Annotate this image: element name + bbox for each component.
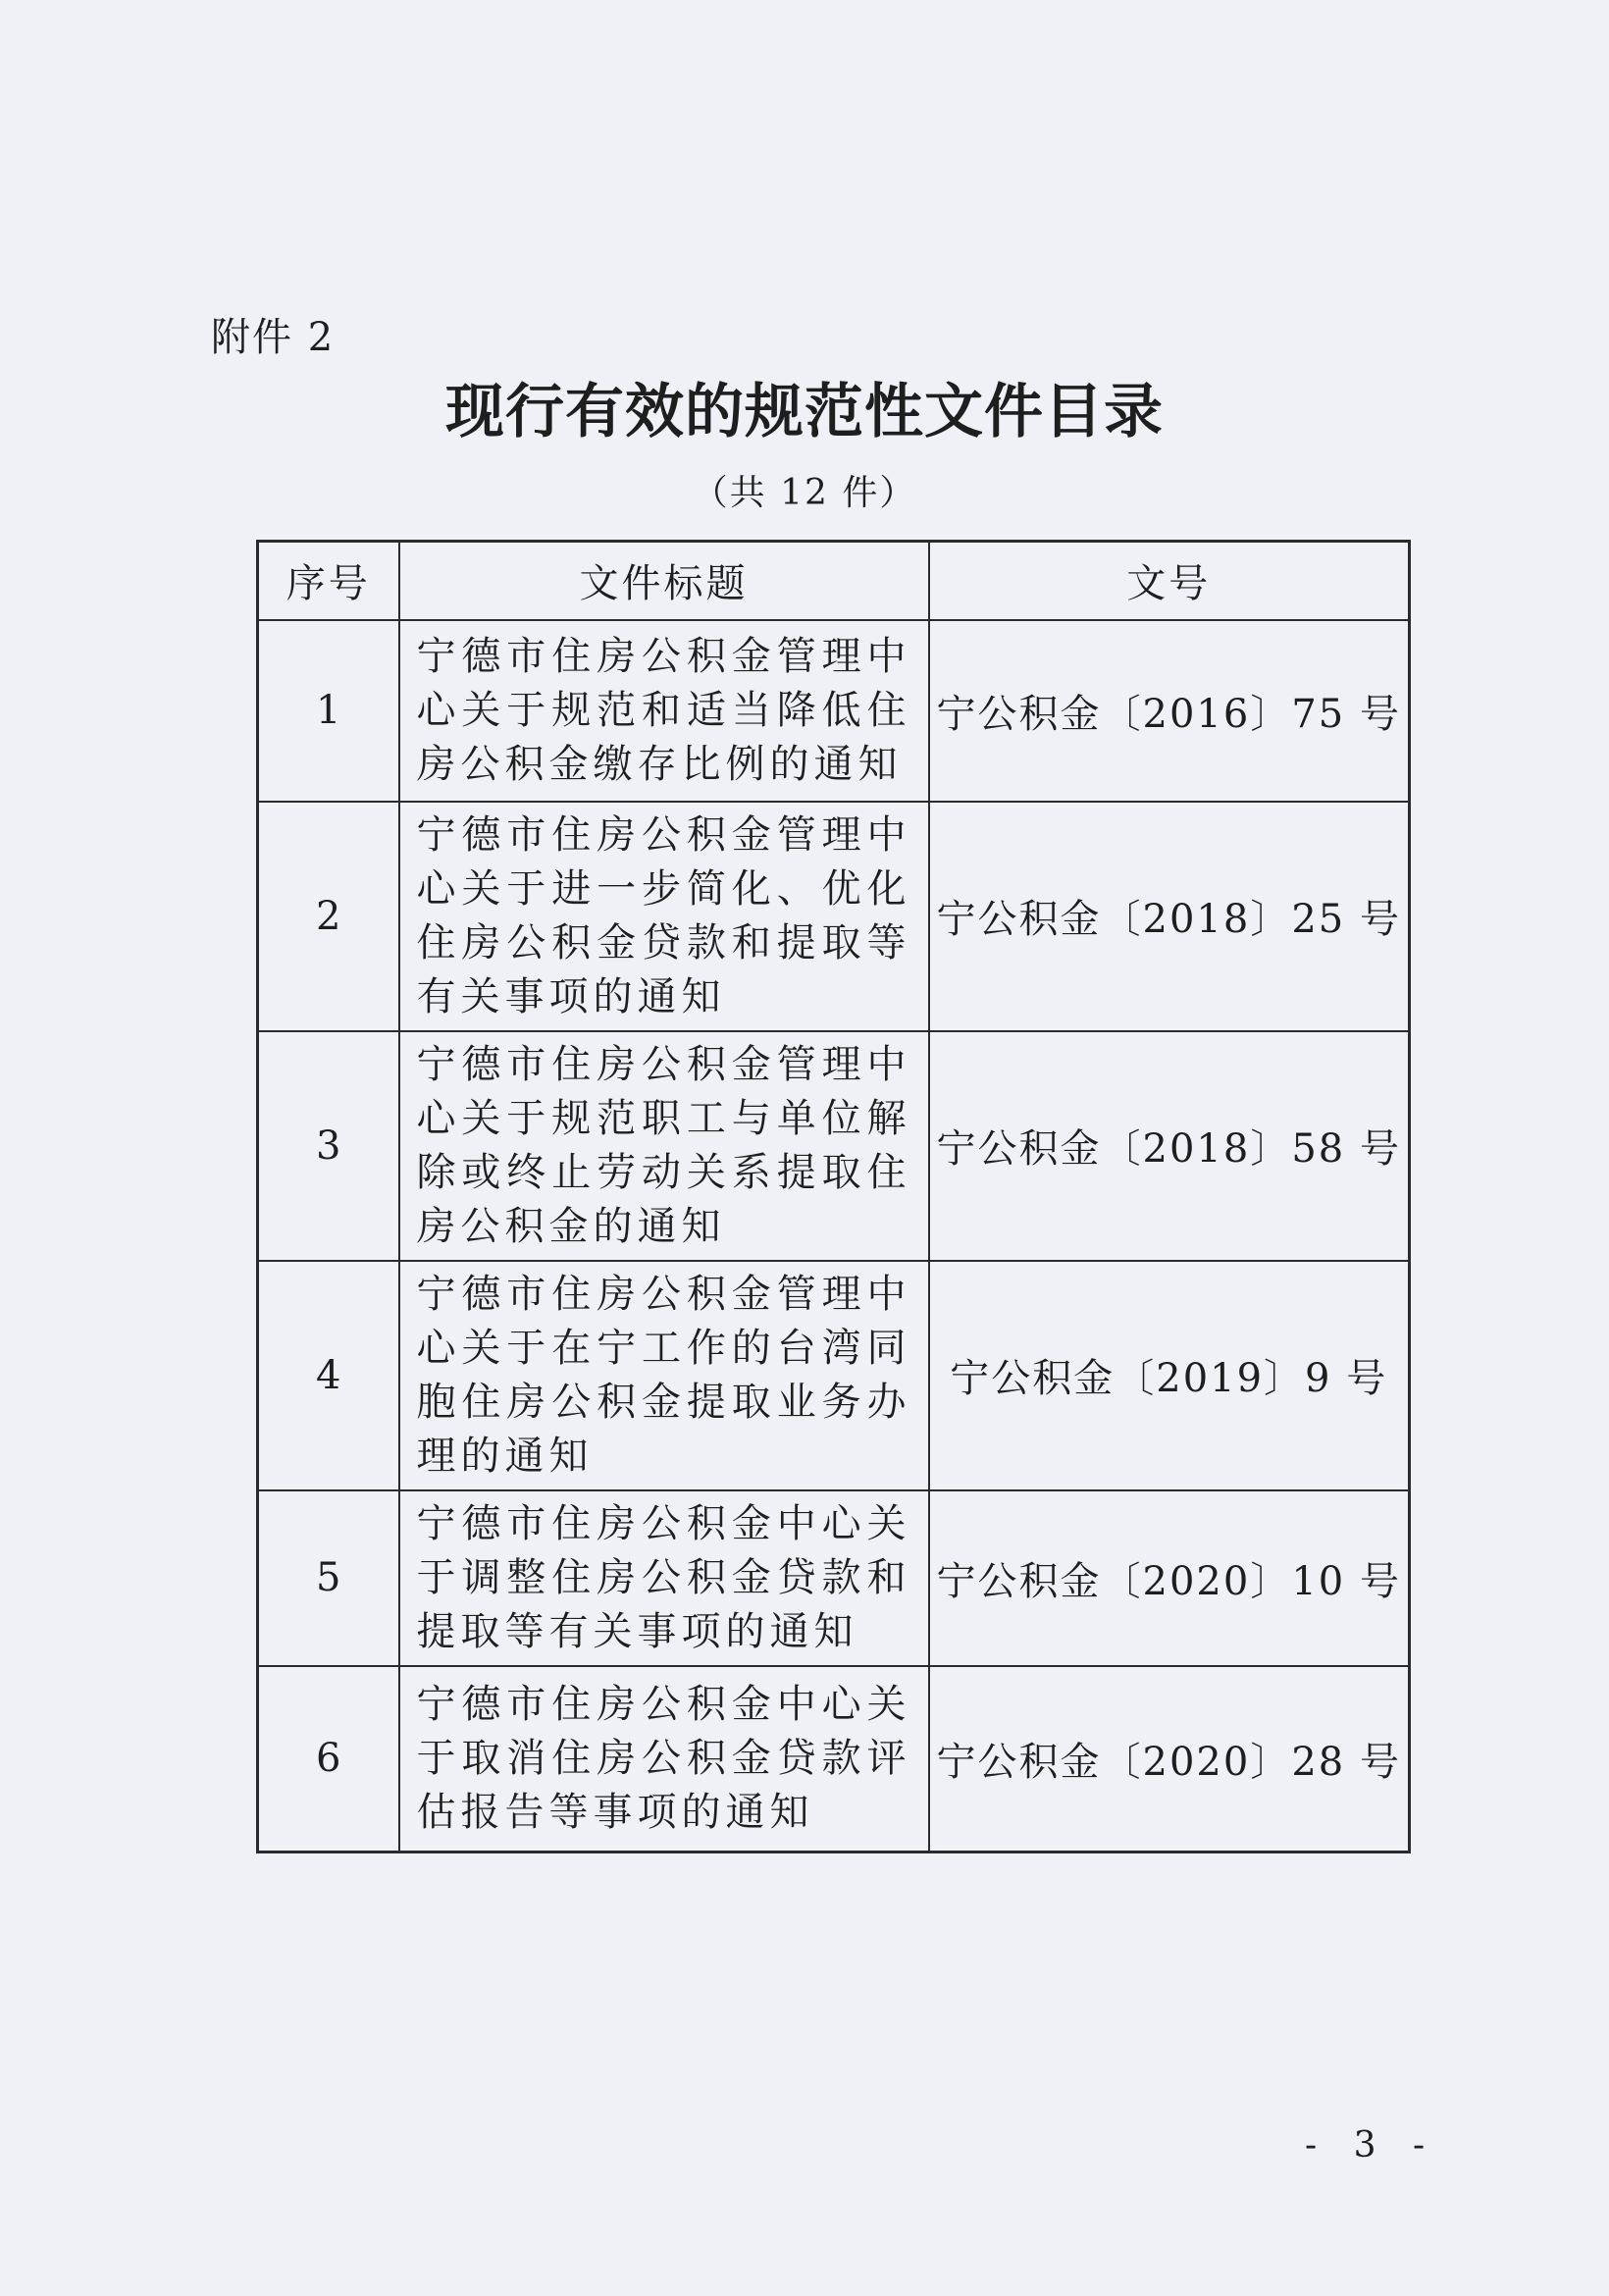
title-cell: 宁德市住房公积金管理中心关于进一步简化、优化住房公积金贷款和提取等有关事项的通知 xyxy=(399,802,929,1031)
table-header-row: 序号文件标题文号 xyxy=(258,542,1410,620)
column-header-doc-number: 文号 xyxy=(929,542,1410,620)
doc-number-cell: 宁公积金〔2019〕9 号 xyxy=(929,1261,1410,1490)
page-number: - 3 - xyxy=(1305,2125,1430,2166)
column-header-title: 文件标题 xyxy=(399,542,929,620)
serial-cell: 4 xyxy=(258,1261,399,1490)
serial-cell: 1 xyxy=(258,620,399,802)
attachment-label: 附件 2 xyxy=(211,306,335,362)
title-cell: 宁德市住房公积金中心关于取消住房公积金贷款评估报告等事项的通知 xyxy=(399,1666,929,1852)
table-row: 5宁德市住房公积金中心关于调整住房公积金贷款和提取等有关事项的通知宁公积金〔20… xyxy=(258,1490,1410,1666)
title-cell: 宁德市住房公积金管理中心关于在宁工作的台湾同胞住房公积金提取业务办理的通知 xyxy=(399,1261,929,1490)
doc-number-cell: 宁公积金〔2018〕25 号 xyxy=(929,802,1410,1031)
doc-number-cell: 宁公积金〔2020〕10 号 xyxy=(929,1490,1410,1666)
table-row: 6宁德市住房公积金中心关于取消住房公积金贷款评估报告等事项的通知宁公积金〔202… xyxy=(258,1666,1410,1852)
serial-cell: 2 xyxy=(258,802,399,1031)
page-subtitle: （共 12 件） xyxy=(0,465,1609,515)
table-row: 2宁德市住房公积金管理中心关于进一步简化、优化住房公积金贷款和提取等有关事项的通… xyxy=(258,802,1410,1031)
serial-cell: 5 xyxy=(258,1490,399,1666)
serial-cell: 3 xyxy=(258,1031,399,1261)
table-header: 序号文件标题文号 xyxy=(258,542,1410,620)
title-cell: 宁德市住房公积金管理中心关于规范和适当降低住房公积金缴存比例的通知 xyxy=(399,620,929,802)
title-cell: 宁德市住房公积金管理中心关于规范职工与单位解除或终止劳动关系提取住房公积金的通知 xyxy=(399,1031,929,1261)
doc-number-cell: 宁公积金〔2020〕28 号 xyxy=(929,1666,1410,1852)
document-page: 附件 2 现行有效的规范性文件目录 （共 12 件） 序号文件标题文号 1宁德市… xyxy=(0,0,1609,2296)
serial-cell: 6 xyxy=(258,1666,399,1852)
title-cell: 宁德市住房公积金中心关于调整住房公积金贷款和提取等有关事项的通知 xyxy=(399,1490,929,1666)
column-header-serial: 序号 xyxy=(258,542,399,620)
documents-table: 序号文件标题文号 1宁德市住房公积金管理中心关于规范和适当降低住房公积金缴存比例… xyxy=(256,540,1411,1853)
page-title: 现行有效的规范性文件目录 xyxy=(0,365,1609,449)
table-row: 4宁德市住房公积金管理中心关于在宁工作的台湾同胞住房公积金提取业务办理的通知宁公… xyxy=(258,1261,1410,1490)
doc-number-cell: 宁公积金〔2016〕75 号 xyxy=(929,620,1410,802)
table-row: 1宁德市住房公积金管理中心关于规范和适当降低住房公积金缴存比例的通知宁公积金〔2… xyxy=(258,620,1410,802)
table-body: 1宁德市住房公积金管理中心关于规范和适当降低住房公积金缴存比例的通知宁公积金〔2… xyxy=(258,620,1410,1852)
table-row: 3宁德市住房公积金管理中心关于规范职工与单位解除或终止劳动关系提取住房公积金的通… xyxy=(258,1031,1410,1261)
doc-number-cell: 宁公积金〔2018〕58 号 xyxy=(929,1031,1410,1261)
